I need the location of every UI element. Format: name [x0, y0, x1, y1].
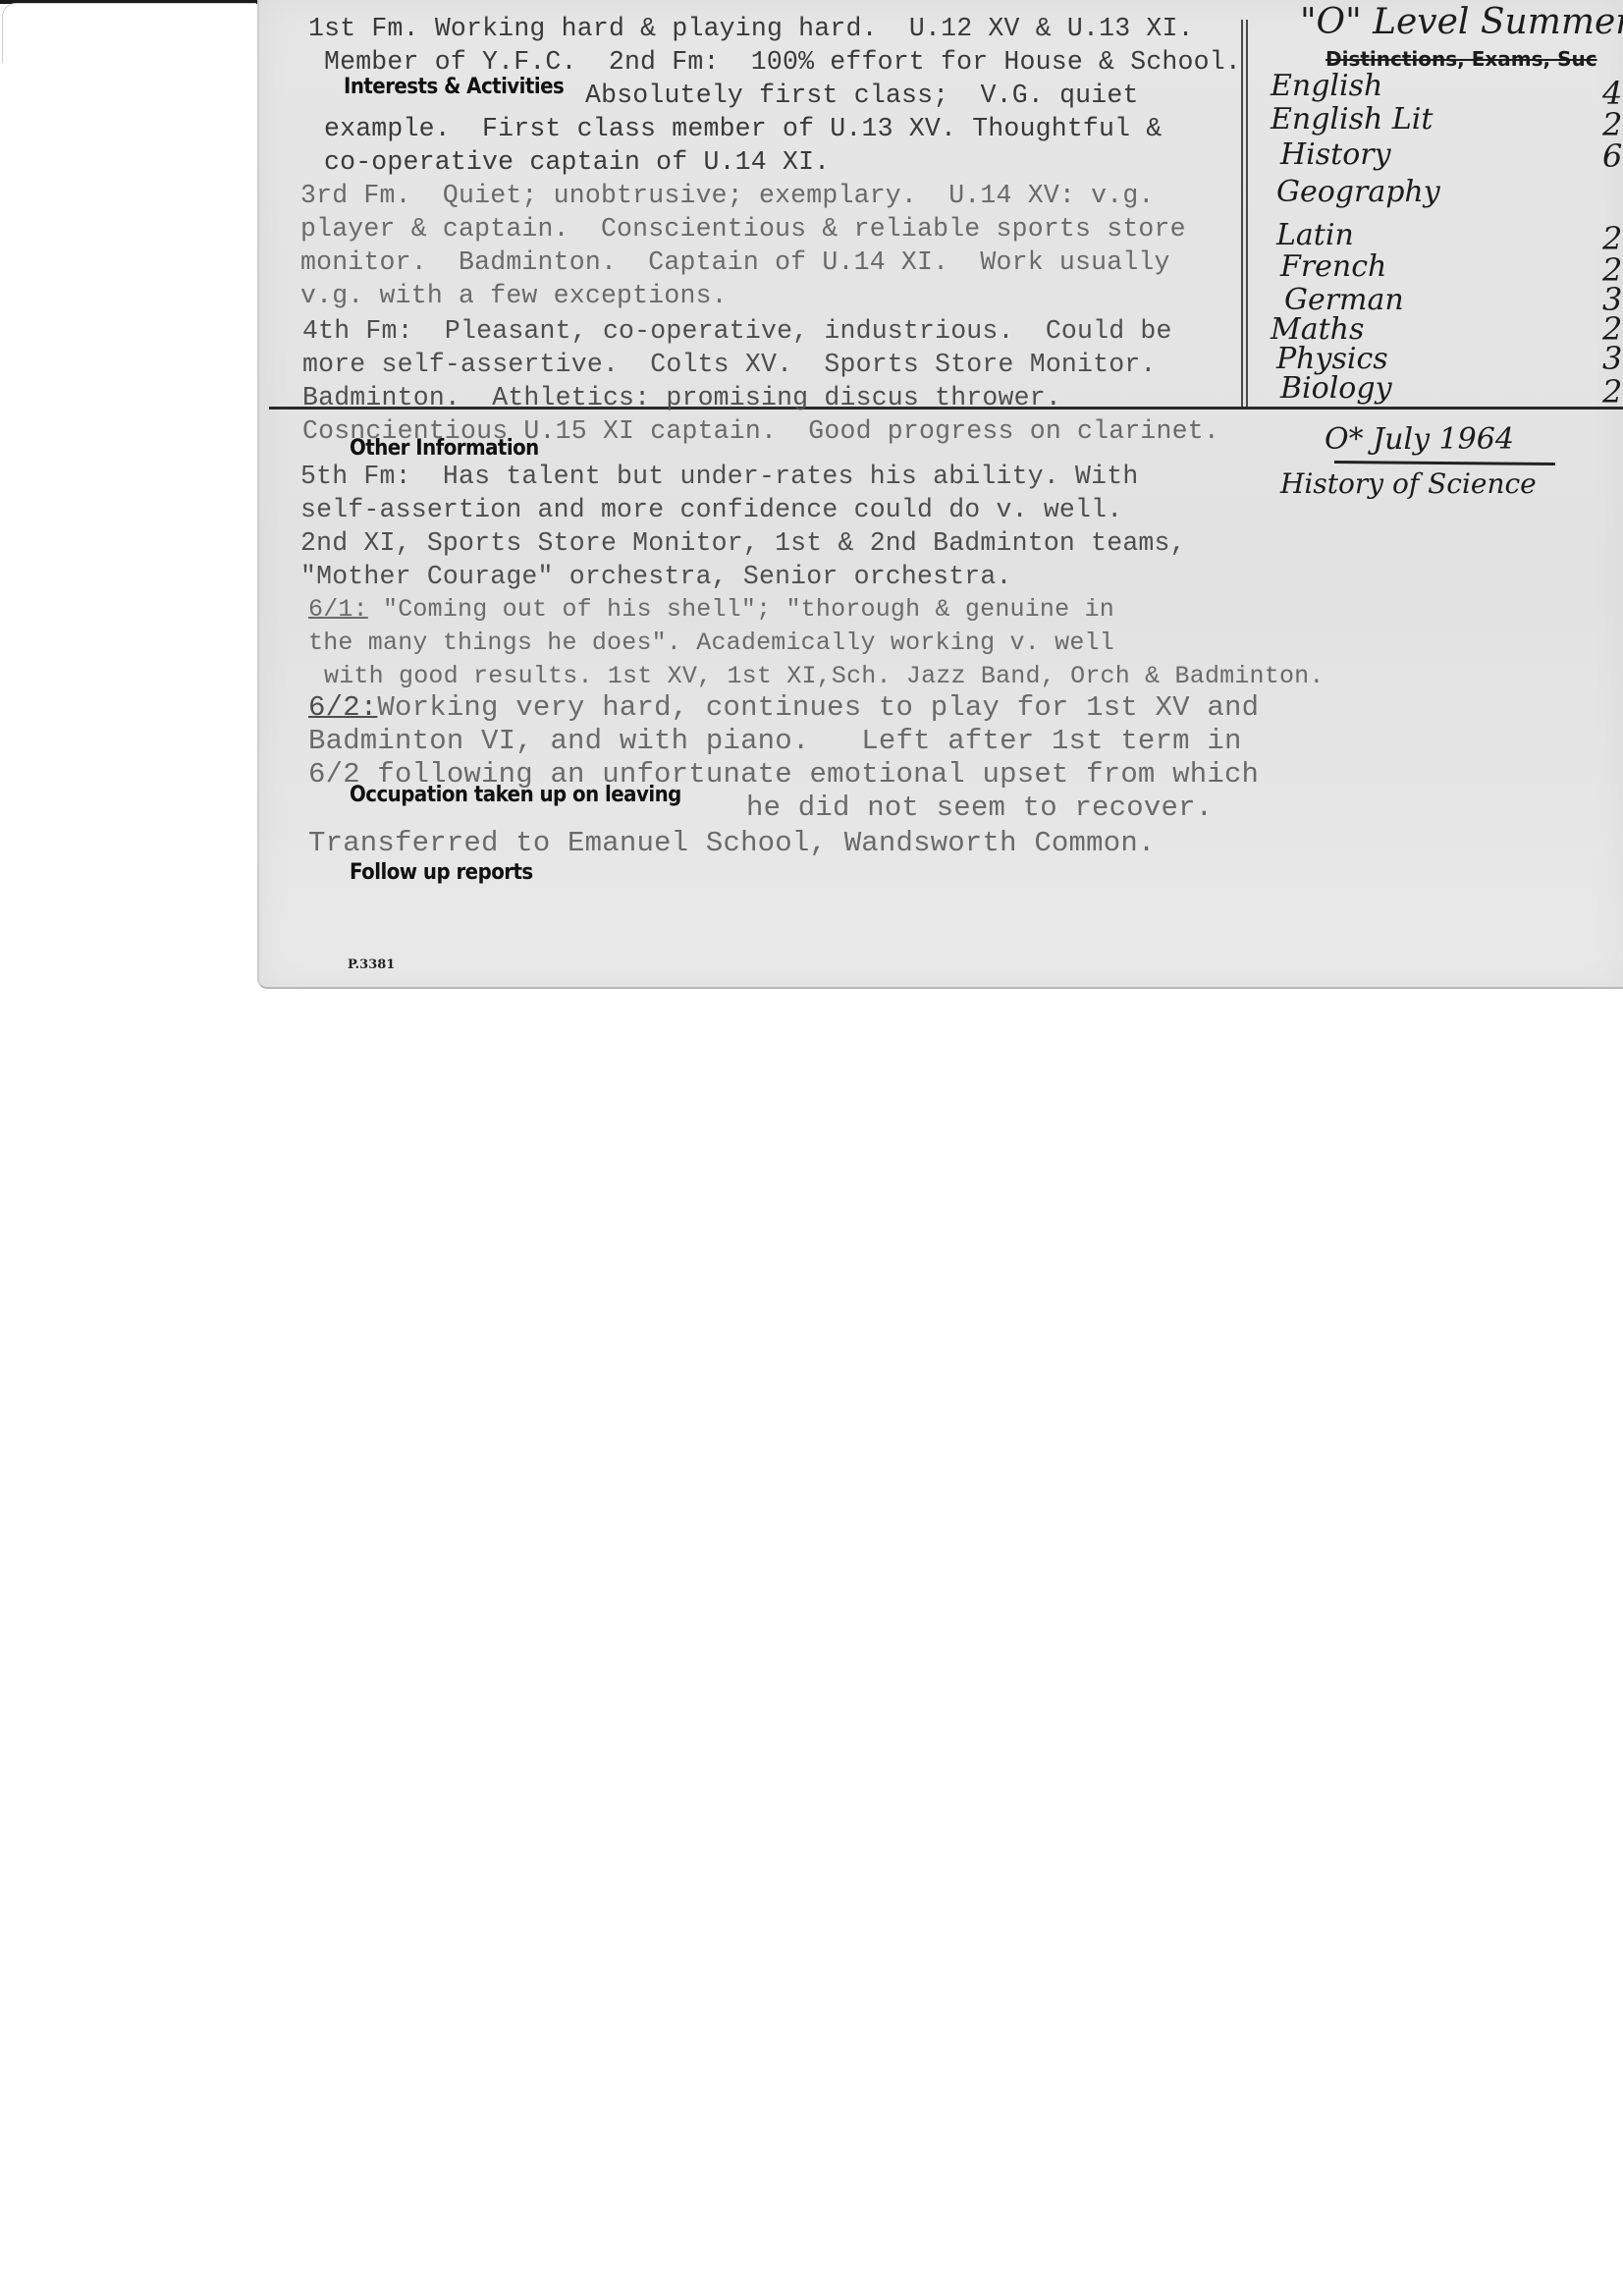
typed-line: with good results. 1st XV, 1st XI,Sch. J…	[324, 660, 1325, 693]
term-label-62: 6/2:	[308, 691, 377, 724]
subject-name: Latin	[1276, 218, 1354, 252]
typed-line: "Mother Courage" orchestra, Senior orche…	[300, 560, 1012, 593]
page-corner	[2, 3, 256, 63]
extra-subject: History of Science	[1280, 467, 1537, 500]
subject-grade: 3	[1602, 340, 1622, 377]
typed-line: co-operative captain of U.14 XI.	[324, 145, 830, 179]
extra-result: O* July 1964	[1325, 422, 1514, 457]
typed-line: player & captain. Conscientious & reliab…	[300, 212, 1186, 246]
transfer-line: Transferred to Emanuel School, Wandswort…	[308, 827, 1156, 860]
form-number: P.3381	[348, 957, 395, 972]
subject-name: English Lit	[1271, 102, 1433, 137]
label-occupation: Occupation taken up on leaving	[350, 783, 681, 807]
column-divider	[1241, 20, 1243, 409]
typed-line: monitor. Badminton. Captain of U.14 XI. …	[300, 246, 1170, 279]
typed-line: v.g. with a few exceptions.	[300, 279, 728, 312]
school-report-card: 1st Fm. Working hard & playing hard. U.1…	[257, 0, 1623, 989]
column-divider-inner	[1246, 20, 1248, 409]
subject-name: History	[1280, 137, 1391, 172]
typed-line: Member of Y.F.C. 2nd Fm: 100% effort for…	[324, 45, 1241, 79]
sixth-form-61: 6/1: "Coming out of his shell"; "thoroug…	[308, 593, 1114, 627]
typed-line: 4th Fm: Pleasant, co-operative, industri…	[302, 314, 1172, 348]
typed-line: more self-assertive. Colts XV. Sports St…	[302, 348, 1157, 381]
handwritten-underline	[1334, 461, 1555, 465]
typed-line: Badminton VI, and with piano. Left after…	[308, 725, 1242, 758]
results-heading: "O" Level Summer	[1300, 2, 1623, 42]
subject-grade: 2	[1602, 373, 1622, 410]
label-follow-up: Follow up reports	[350, 860, 533, 885]
typed-line: the many things he does". Academically w…	[308, 627, 1114, 660]
label-interests-activities: Interests & Activities	[344, 75, 564, 99]
typed-line: self-assertion and more confidence could…	[300, 493, 1122, 526]
typed-line: 2nd XI, Sports Store Monitor, 1st & 2nd …	[300, 526, 1186, 560]
typed-line: example. First class member of U.13 XV. …	[324, 112, 1162, 145]
term-label-61: 6/1:	[308, 595, 368, 624]
subject-grade: 6	[1602, 137, 1622, 175]
typed-line: Absolutely first class; V.G. quiet	[585, 79, 1139, 112]
sixth-form-62: 6/2:Working very hard, continues to play…	[308, 691, 1259, 725]
typed-line: 5th Fm: Has talent but under-rates his a…	[300, 460, 1138, 493]
subject-name: French	[1280, 249, 1386, 284]
subject-name: English	[1271, 69, 1382, 103]
typed-line: Badminton. Athletics: promising discus t…	[302, 381, 1061, 414]
typed-line: he did not seem to recover.	[746, 792, 1213, 825]
subject-name: Biology	[1280, 371, 1392, 406]
typed-line: 1st Fm. Working hard & playing hard. U.1…	[308, 12, 1194, 45]
subject-name: Geography	[1276, 175, 1440, 209]
label-other-information: Other Information	[350, 436, 539, 461]
printed-heading-struck: Distinctions, Exams, Suc	[1325, 47, 1597, 71]
typed-line: 3rd Fm. Quiet; unobtrusive; exemplary. U…	[300, 179, 1155, 212]
